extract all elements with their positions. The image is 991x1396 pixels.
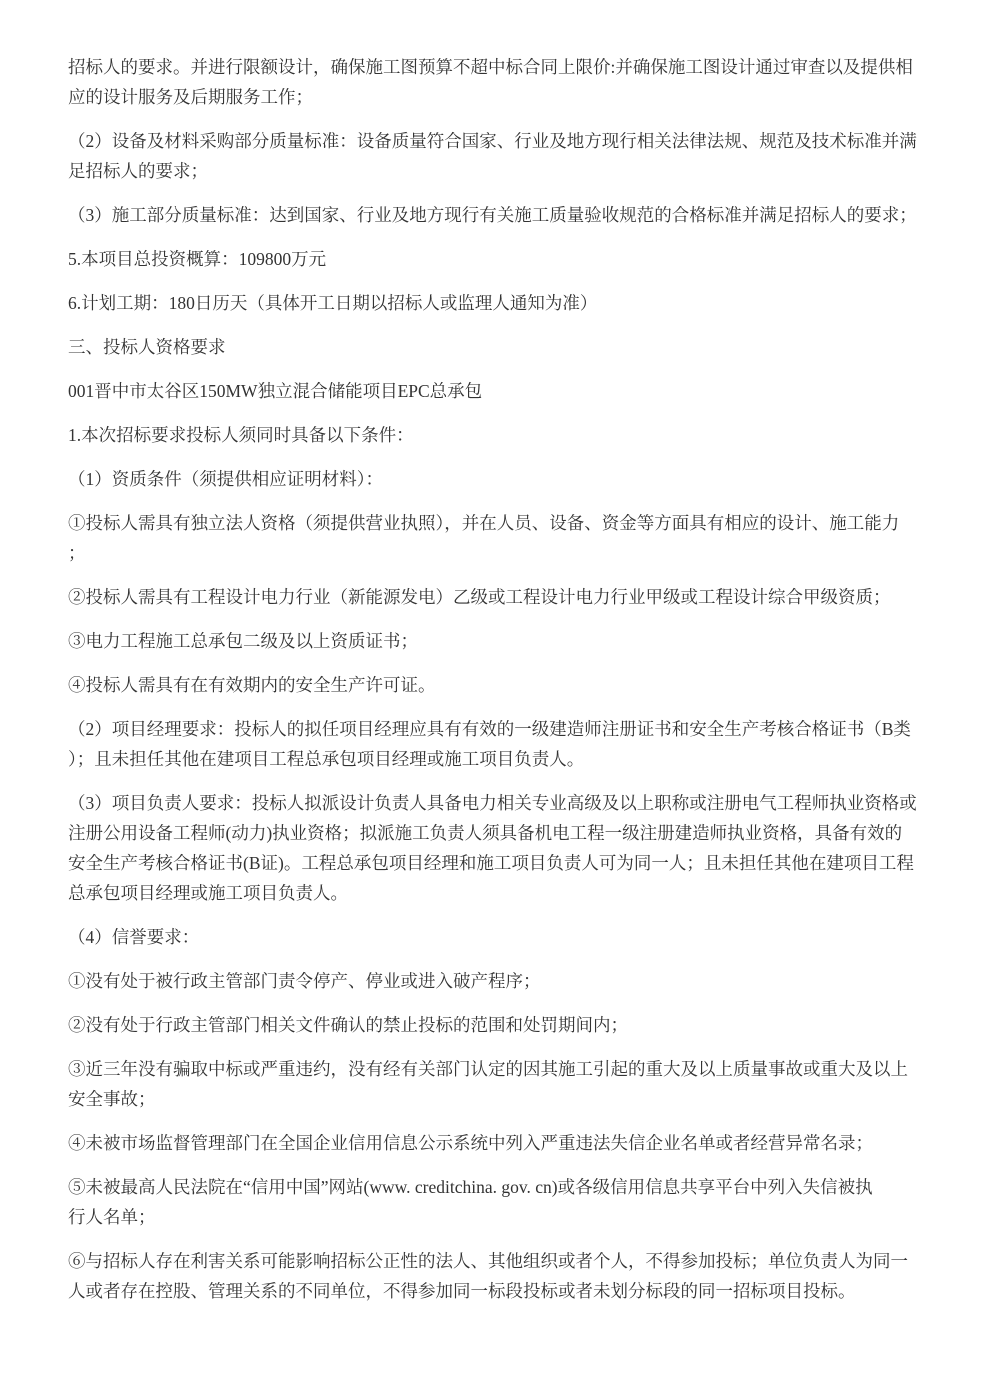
para-equipment-material-quality: （2）设备及材料采购部分质量标准：设备质量符合国家、行业及地方现行相关法律法规、… <box>68 126 923 186</box>
para-credit-item-2: ②没有处于行政主管部门相关文件确认的禁止投标的范围和处罚期间内； <box>68 1010 923 1040</box>
para-qualification-conditions-title: （1）资质条件（须提供相应证明材料）： <box>68 464 923 494</box>
para-credit-requirements-title: （4）信誉要求： <box>68 922 923 952</box>
para-qualification-item-1: ①投标人需具有独立法人资格（须提供营业执照），并在人员、设备、资金等方面具有相应… <box>68 508 923 568</box>
para-qualification-item-2: ②投标人需具有工程设计电力行业（新能源发电）乙级或工程设计电力行业甲级或工程设计… <box>68 582 923 612</box>
para-planned-duration: 6.计划工期：180日历天（具体开工日期以招标人或监理人通知为准） <box>68 288 923 318</box>
para-construction-quality: （3）施工部分质量标准：达到国家、行业及地方现行有关施工质量验收规范的合格标准并… <box>68 200 923 230</box>
para-qualification-item-3: ③电力工程施工总承包二级及以上资质证书； <box>68 626 923 656</box>
para-project-leader-requirement: （3）项目负责人要求：投标人拟派设计负责人具备电力相关专业高级及以上职称或注册电… <box>68 788 923 908</box>
para-conditions-intro: 1.本次招标要求投标人须同时具备以下条件： <box>68 420 923 450</box>
document-page: 招标人的要求。并进行限额设计，确保施工图预算不超中标合同上限价:并确保施工图设计… <box>0 0 991 1396</box>
para-credit-item-1: ①没有处于被行政主管部门责令停产、停业或进入破产程序； <box>68 966 923 996</box>
heading-bidder-qualification: 三、投标人资格要求 <box>68 332 923 362</box>
para-credit-item-5: ⑤未被最高人民法院在“信用中国”网站(www. creditchina. gov… <box>68 1172 923 1232</box>
para-total-investment: 5.本项目总投资概算：109800万元 <box>68 244 923 274</box>
para-credit-item-3: ③近三年没有骗取中标或严重违约，没有经有关部门认定的因其施工引起的重大及以上质量… <box>68 1054 923 1114</box>
para-design-obligation: 招标人的要求。并进行限额设计，确保施工图预算不超中标合同上限价:并确保施工图设计… <box>68 52 923 112</box>
para-credit-item-4: ④未被市场监督管理部门在全国企业信用信息公示系统中列入严重违法失信企业名单或者经… <box>68 1128 923 1158</box>
para-qualification-item-4: ④投标人需具有在有效期内的安全生产许可证。 <box>68 670 923 700</box>
para-credit-item-6: ⑥与招标人存在利害关系可能影响招标公正性的法人、其他组织或者个人，不得参加投标；… <box>68 1246 923 1306</box>
para-project-manager-requirement: （2）项目经理要求：投标人的拟任项目经理应具有有效的一级建造师注册证书和安全生产… <box>68 714 923 774</box>
para-project-name: 001晋中市太谷区150MW独立混合储能项目EPC总承包 <box>68 376 923 406</box>
